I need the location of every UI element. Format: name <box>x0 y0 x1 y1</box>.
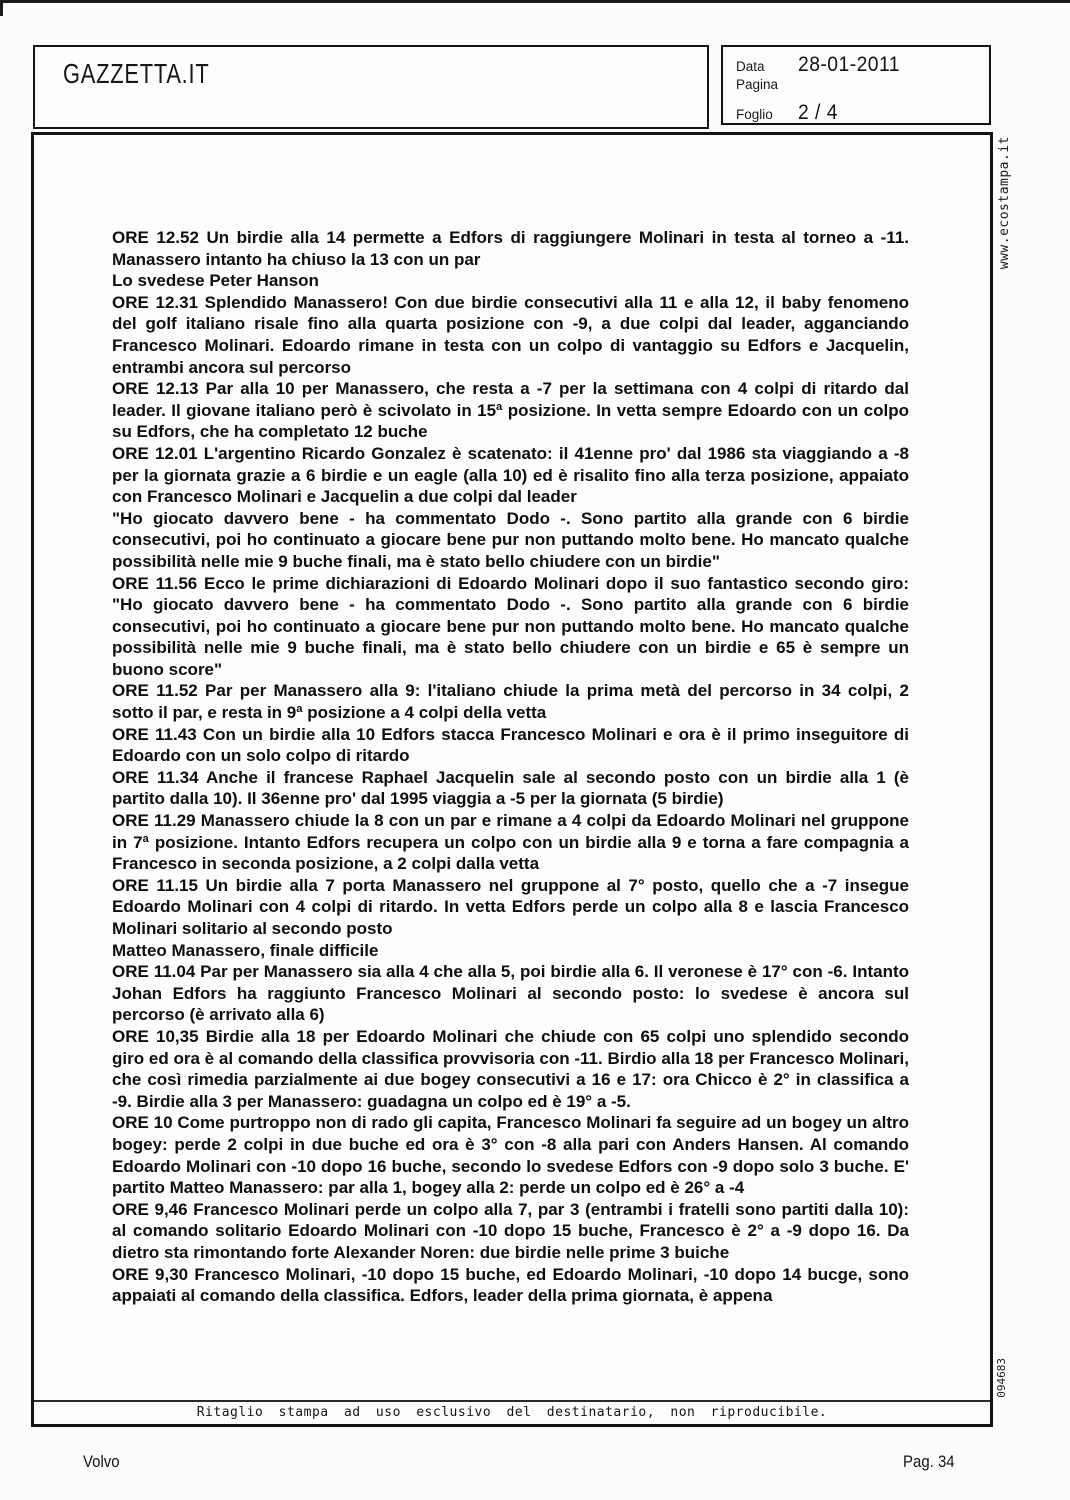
data-value: 28-01-2011 <box>798 53 900 77</box>
article-paragraph: ORE 10 Come purtroppo non di rado gli ca… <box>112 1112 909 1198</box>
article-paragraph: ORE 11.15 Un birdie alla 7 porta Manasse… <box>112 875 909 940</box>
article-paragraph: ORE 12.52 Un birdie alla 14 permette a E… <box>112 227 909 270</box>
source-logo-box: GAZZETTA.IT <box>33 45 709 129</box>
article-paragraph: ORE 11.52 Par per Manassero alla 9: l'it… <box>112 680 909 723</box>
footer-page-number: Pag. 34 <box>903 1452 955 1472</box>
foglio-label: Foglio <box>736 107 798 122</box>
ritaglio-disclaimer-strip: Ritaglio stampa ad uso esclusivo del des… <box>34 1400 990 1424</box>
article-paragraph: ORE 12.13 Par alla 10 per Manassero, che… <box>112 378 909 443</box>
ritaglio-disclaimer-text: Ritaglio stampa ad uso esclusivo del des… <box>197 1405 828 1420</box>
clipping-code: 094683 <box>995 1358 1008 1398</box>
source-logo: GAZZETTA.IT <box>63 58 209 90</box>
data-label: Data <box>736 59 798 74</box>
meta-row-data: Data 28-01-2011 <box>723 53 989 77</box>
article-paragraph: Lo svedese Peter Hanson <box>112 270 909 292</box>
ecostampa-watermark: www.ecostampa.it <box>997 136 1012 269</box>
article-paragraph: "Ho giocato davvero bene - ha commentato… <box>112 508 909 573</box>
meta-row-pagina: Pagina <box>723 77 989 101</box>
article-paragraph: ORE 11.29 Manassero chiude la 8 con un p… <box>112 810 909 875</box>
article-paragraph: ORE 11.56 Ecco le prime dichiarazioni di… <box>112 573 909 681</box>
article-paragraph: ORE 9,46 Francesco Molinari perde un col… <box>112 1199 909 1264</box>
article-paragraph: ORE 10,35 Birdie alla 18 per Edoardo Mol… <box>112 1026 909 1112</box>
scan-artifact-top-line <box>0 0 1070 3</box>
meta-row-foglio: Foglio 2 / 4 <box>723 101 989 125</box>
article-paragraph: ORE 11.34 Anche il francese Raphael Jacq… <box>112 767 909 810</box>
article-paragraph: ORE 11.04 Par per Manassero sia alla 4 c… <box>112 961 909 1026</box>
article-paragraph: ORE 12.31 Splendido Manassero! Con due b… <box>112 292 909 378</box>
article-paragraph: ORE 11.43 Con un birdie alla 10 Edfors s… <box>112 724 909 767</box>
article-text: ORE 12.52 Un birdie alla 14 permette a E… <box>112 227 909 1307</box>
article-paragraph: ORE 9,30 Francesco Molinari, -10 dopo 15… <box>112 1264 909 1307</box>
press-clipping-page: GAZZETTA.IT Data 28-01-2011 Pagina Fogli… <box>0 0 1070 1500</box>
article-paragraph: ORE 12.01 L'argentino Ricardo Gonzalez è… <box>112 443 909 508</box>
page-footer: Volvo Pag. 34 <box>83 1452 955 1472</box>
clipping-body-box: ORE 12.52 Un birdie alla 14 permette a E… <box>31 132 993 1427</box>
footer-client-name: Volvo <box>83 1452 120 1472</box>
foglio-value: 2 / 4 <box>798 101 838 125</box>
pagina-label: Pagina <box>736 77 798 92</box>
article-paragraph: Matteo Manassero, finale difficile <box>112 940 909 962</box>
scan-artifact-left-mark <box>0 0 3 16</box>
clipping-meta-box: Data 28-01-2011 Pagina Foglio 2 / 4 <box>721 45 991 125</box>
